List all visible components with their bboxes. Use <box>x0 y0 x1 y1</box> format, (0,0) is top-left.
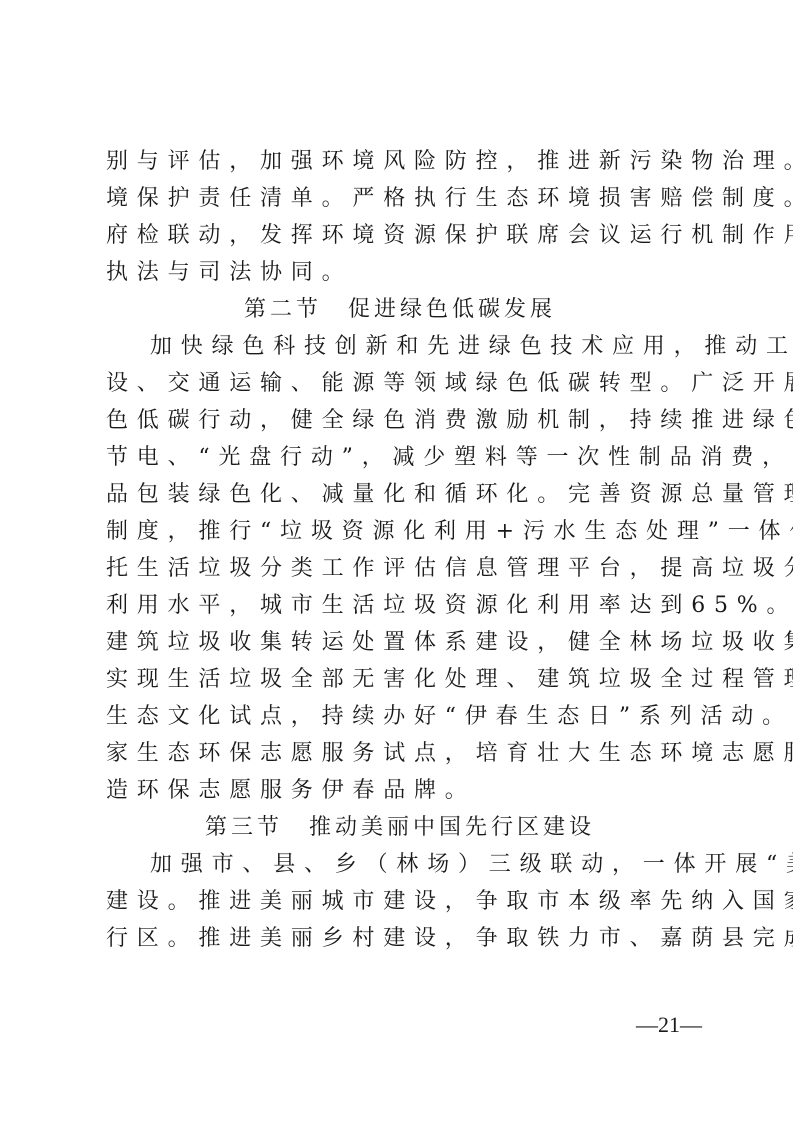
text-line: 利用水平，城市生活垃圾资源化利用率达到65%。加强生活垃圾、 <box>106 587 694 624</box>
text-line: 品包装绿色化、减量化和循环化。完善资源总量管理和全面节约 <box>106 476 694 513</box>
text-line: 制度，推行“垃圾资源化利用+污水生态处理”一体化模式，依 <box>106 513 694 550</box>
text-line: 建设。推进美丽城市建设，争取市本级率先纳入国家美丽城市先 <box>106 883 694 920</box>
paragraph-beautiful-china: 加强市、县、乡（林场）三级联动，一体开展“美丽”系列 建设。推进美丽城市建设，争… <box>106 846 694 957</box>
text-line: 设、交通运输、能源等领域绿色低碳转型。广泛开展全民践行绿 <box>106 365 694 402</box>
section-heading-green-low-carbon: 第二节 促进绿色低碳发展 <box>106 291 694 328</box>
paragraph-green-low-carbon: 加快绿色科技创新和先进绿色技术应用，推动工业、城乡建 设、交通运输、能源等领域绿… <box>106 328 694 809</box>
section-heading-beautiful-china: 第三节 推动美丽中国先行区建设 <box>106 809 694 846</box>
text-line: 行区。推进美丽乡村建设，争取铁力市、嘉荫县完成国家级美丽 <box>106 920 694 957</box>
text-line: 府检联动，发挥环境资源保护联席会议运行机制作用，强化行政 <box>106 217 694 254</box>
text-line: 色低碳行动，健全绿色消费激励机制，持续推进绿色出行、节水 <box>106 402 694 439</box>
paragraph-environment-risk: 别与评估，加强环境风险防控，推进新污染物治理。建立生态环 境保护责任清单。严格执… <box>106 143 694 291</box>
text-line: 生态文化试点，持续办好“伊春生态日”系列活动。依托全省首 <box>106 698 694 735</box>
text-line: 实现生活垃圾全部无害化处理、建筑垃圾全过程管理。争创国家 <box>106 661 694 698</box>
text-line: 家生态环保志愿服务试点，培育壮大生态环境志愿服务队伍，打 <box>106 735 694 772</box>
document-page: 别与评估，加强环境风险防控，推进新污染物治理。建立生态环 境保护责任清单。严格执… <box>106 143 694 957</box>
text-line: 境保护责任清单。严格执行生态环境损害赔偿制度。深化府院、 <box>106 180 694 217</box>
text-line: 建筑垃圾收集转运处置体系建设，健全林场垃圾收集转运体系， <box>106 624 694 661</box>
text-line: 加强市、县、乡（林场）三级联动，一体开展“美丽”系列 <box>106 846 694 883</box>
text-line: 节电、“光盘行动”，减少塑料等一次性制品消费，逐步实现商 <box>106 439 694 476</box>
text-line: 执法与司法协同。 <box>106 254 694 291</box>
text-line: 托生活垃圾分类工作评估信息管理平台，提高垃圾分类和资源化 <box>106 550 694 587</box>
text-line: 造环保志愿服务伊春品牌。 <box>106 772 694 809</box>
page-number: —21— <box>636 1012 702 1038</box>
text-line: 加快绿色科技创新和先进绿色技术应用，推动工业、城乡建 <box>106 328 694 365</box>
text-line: 别与评估，加强环境风险防控，推进新污染物治理。建立生态环 <box>106 143 694 180</box>
